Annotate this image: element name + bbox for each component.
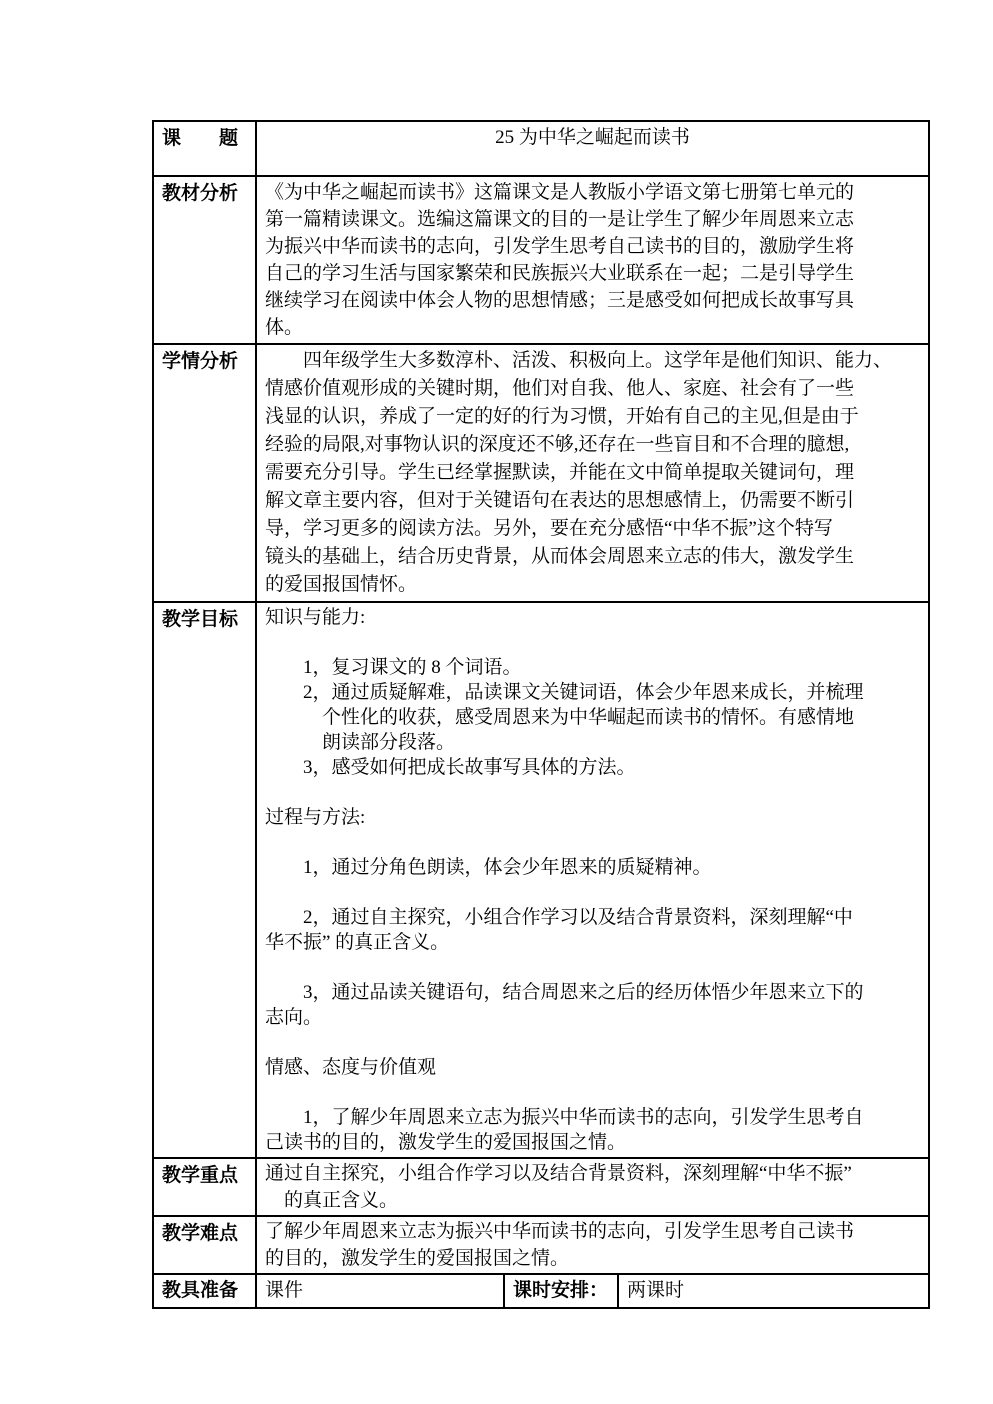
table-row-title: 课 题 25 为中华之崛起而读书 [154, 122, 928, 177]
class-schedule-value: 两课时 [619, 1275, 928, 1307]
table-row-teaching-aids: 教具准备 课件 课时安排： 两课时 [154, 1275, 928, 1307]
table-row-teaching-difficulty: 教学难点 了解少年周恩来立志为振兴中华而读书的志向，引发学生思考自己读书 的目的… [154, 1217, 928, 1275]
lesson-title: 25 为中华之崛起而读书 [257, 122, 928, 175]
row-label-teaching-focus: 教学重点 [154, 1159, 257, 1215]
row-label-teaching-aids: 教具准备 [154, 1275, 257, 1307]
row-label-class-schedule: 课时安排： [505, 1275, 619, 1307]
row-label-course-title: 课 题 [154, 122, 257, 175]
teaching-goals-text: 知识与能力: 1，复习课文的 8 个词语。 2，通过质疑解难，品读课文关键词语，… [257, 603, 928, 1157]
row-label-teaching-goals: 教学目标 [154, 603, 257, 1157]
row-label-teaching-difficulty: 教学难点 [154, 1217, 257, 1273]
lesson-plan-table: 课 题 25 为中华之崛起而读书 教材分析 《为中华之崛起而读书》这篇课文是人教… [152, 120, 930, 1309]
document-page: 课 题 25 为中华之崛起而读书 教材分析 《为中华之崛起而读书》这篇课文是人教… [0, 0, 993, 1404]
table-row-learner-analysis: 学情分析 四年级学生大多数淳朴、活泼、积极向上。这学年是他们知识、能力、 情感价… [154, 345, 928, 603]
teaching-difficulty-text: 了解少年周恩来立志为振兴中华而读书的志向，引发学生思考自己读书 的目的，激发学生… [257, 1217, 928, 1273]
material-analysis-text: 《为中华之崛起而读书》这篇课文是人教版小学语文第七册第七单元的 第一篇精读课文。… [257, 177, 928, 343]
teaching-focus-text: 通过自主探究，小组合作学习以及结合背景资料，深刻理解“中华不振” 的真正含义。 [257, 1159, 928, 1215]
row-label-material-analysis: 教材分析 [154, 177, 257, 343]
table-row-material-analysis: 教材分析 《为中华之崛起而读书》这篇课文是人教版小学语文第七册第七单元的 第一篇… [154, 177, 928, 345]
teaching-aids-value: 课件 [257, 1275, 505, 1307]
table-row-teaching-goals: 教学目标 知识与能力: 1，复习课文的 8 个词语。 2，通过质疑解难，品读课文… [154, 603, 928, 1159]
table-row-teaching-focus: 教学重点 通过自主探究，小组合作学习以及结合背景资料，深刻理解“中华不振” 的真… [154, 1159, 928, 1217]
learner-analysis-text: 四年级学生大多数淳朴、活泼、积极向上。这学年是他们知识、能力、 情感价值观形成的… [257, 345, 928, 601]
row-label-learner-analysis: 学情分析 [154, 345, 257, 601]
